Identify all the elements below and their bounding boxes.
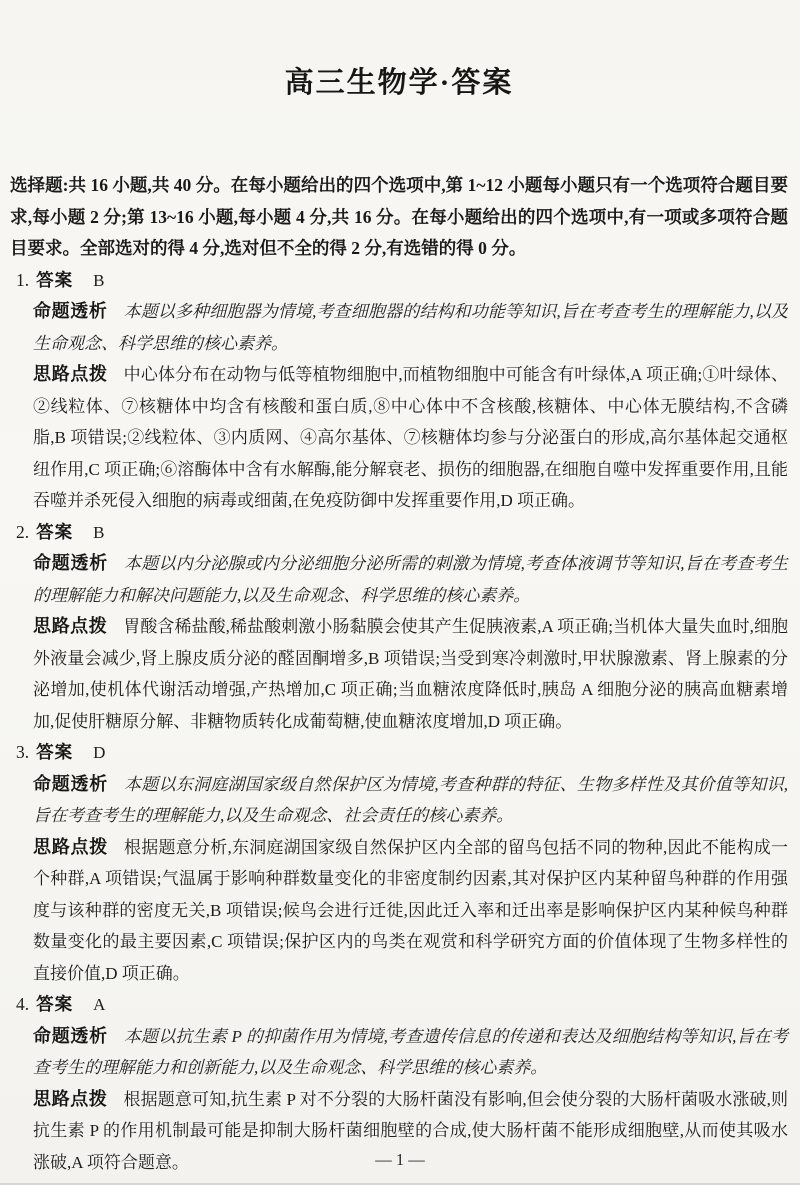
answer-line: 3.答案D	[16, 737, 788, 769]
document-page: 高三生物学·答案 选择题:共 16 小题,共 40 分。在每小题给出的四个选项中…	[0, 0, 800, 1185]
analysis-text: 本题以多种细胞器为情境,考查细胞器的结构和功能等知识,旨在考查考生的理解能力,以…	[33, 302, 788, 353]
tips-text: 根据题意分析,东洞庭湖国家级自然保护区内全部的留鸟包括不同的物种,因此不能构成一…	[33, 838, 788, 983]
analysis-label: 命题透析	[33, 1026, 108, 1046]
intro-paragraph: 选择题:共 16 小题,共 40 分。在每小题给出的四个选项中,第 1~12 小…	[10, 170, 788, 265]
analysis-label: 命题透析	[33, 301, 108, 321]
analysis-text: 本题以东洞庭湖国家级自然保护区为情境,考查种群的特征、生物多样性及其价值等知识,…	[33, 775, 788, 826]
tips-text: 胃酸含稀盐酸,稀盐酸刺激小肠黏膜会使其产生促胰液素,A 项正确;当机体大量失血时…	[33, 617, 788, 731]
answer-line: 1.答案B	[16, 265, 788, 297]
question-number: 1.	[16, 270, 29, 290]
answer-label: 答案	[36, 742, 73, 762]
answer-label: 答案	[36, 994, 73, 1014]
question-1: 1.答案B 命题透析本题以多种细胞器为情境,考查细胞器的结构和功能等知识,旨在考…	[10, 265, 788, 517]
question-3: 3.答案D 命题透析本题以东洞庭湖国家级自然保护区为情境,考查种群的特征、生物多…	[10, 737, 788, 989]
analysis-paragraph: 命题透析本题以多种细胞器为情境,考查细胞器的结构和功能等知识,旨在考查考生的理解…	[33, 296, 788, 359]
analysis-text: 本题以内分泌腺或内分泌细胞分泌所需的刺激为情境,考查体液调节等知识,旨在考查考生…	[33, 554, 788, 605]
question-number: 2.	[16, 522, 29, 542]
analysis-paragraph: 命题透析本题以内分泌腺或内分泌细胞分泌所需的刺激为情境,考查体液调节等知识,旨在…	[33, 548, 788, 611]
answer-letter: D	[93, 743, 105, 762]
tips-text: 中心体分布在动物与低等植物细胞中,而植物细胞中可能含有叶绿体,A 项正确;①叶绿…	[33, 365, 788, 510]
answer-letter: B	[93, 523, 104, 542]
page-title: 高三生物学·答案	[10, 66, 788, 100]
answer-letter: A	[93, 995, 105, 1014]
analysis-label: 命题透析	[33, 774, 108, 794]
question-number: 4.	[16, 994, 29, 1014]
tips-label: 思路点拨	[33, 616, 107, 636]
analysis-label: 命题透析	[33, 553, 108, 573]
answer-line: 2.答案B	[16, 517, 788, 549]
tips-paragraph: 思路点拨根据题意分析,东洞庭湖国家级自然保护区内全部的留鸟包括不同的物种,因此不…	[33, 832, 788, 990]
answer-line: 4.答案A	[16, 989, 788, 1021]
answer-letter: B	[93, 271, 104, 290]
tips-paragraph: 思路点拨胃酸含稀盐酸,稀盐酸刺激小肠黏膜会使其产生促胰液素,A 项正确;当机体大…	[33, 611, 788, 737]
question-2: 2.答案B 命题透析本题以内分泌腺或内分泌细胞分泌所需的刺激为情境,考查体液调节…	[10, 517, 788, 738]
tips-label: 思路点拨	[33, 364, 108, 384]
tips-paragraph: 思路点拨中心体分布在动物与低等植物细胞中,而植物细胞中可能含有叶绿体,A 项正确…	[33, 359, 788, 517]
question-number: 3.	[16, 742, 29, 762]
analysis-paragraph: 命题透析本题以抗生素 P 的抑菌作用为情境,考查遗传信息的传递和表达及细胞结构等…	[33, 1021, 788, 1084]
tips-label: 思路点拨	[33, 837, 108, 857]
answer-label: 答案	[36, 522, 73, 542]
answer-label: 答案	[36, 270, 73, 290]
analysis-text: 本题以抗生素 P 的抑菌作用为情境,考查遗传信息的传递和表达及细胞结构等知识,旨…	[33, 1027, 788, 1078]
analysis-paragraph: 命题透析本题以东洞庭湖国家级自然保护区为情境,考查种群的特征、生物多样性及其价值…	[33, 769, 788, 832]
tips-label: 思路点拨	[33, 1089, 108, 1109]
page-number: — 1 —	[0, 1150, 800, 1170]
